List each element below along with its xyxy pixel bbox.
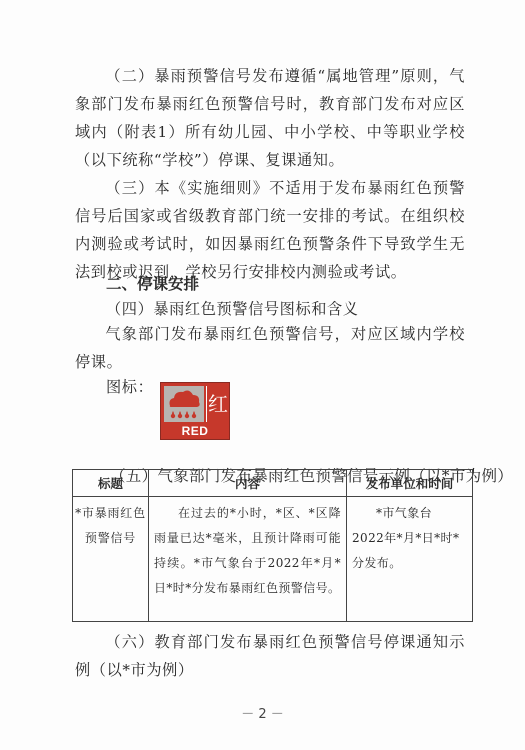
paragraph-6: （六）教育部门发布暴雨红色预警信号停课通知示例（以*市为例） — [75, 628, 465, 684]
cloud-rain-icon — [164, 386, 204, 422]
subsection-4-body: 气象部门发布暴雨红色预警信号，对应区域内学校停课。 — [75, 320, 465, 376]
paragraph-3: （三）本《实施细则》不适用于发布暴雨红色预警信号后国家或省级教育部门统一安排的考… — [75, 174, 465, 286]
header-title: 标题 — [73, 470, 149, 497]
icon-label: 图标： — [106, 376, 153, 397]
document-page: （二）暴雨预警信号发布遵循“属地管理”原则，气象部门发布暴雨红色预警信号时，教育… — [0, 0, 525, 750]
red-character: 红 — [206, 386, 229, 422]
section-heading: 二、停课安排 — [106, 272, 199, 294]
red-label: RED — [161, 424, 229, 438]
cell-title: *市暴雨红色预警信号 — [73, 497, 149, 622]
warning-example-table: 标题 内容 发布单位和时间 *市暴雨红色预警信号 在过去的*小时，*区、*区降雨… — [72, 469, 473, 622]
rainstorm-red-warning-icon: 红 RED — [160, 382, 230, 440]
header-issuer: 发布单位和时间 — [347, 470, 473, 497]
cell-content: 在过去的*小时，*区、*区降雨量已达*毫米，且预计降雨可能持续。*市气象台于20… — [149, 497, 347, 622]
subsection-4-title: （四）暴雨红色预警信号图标和含义 — [106, 298, 359, 319]
page-number: － 2 － — [0, 703, 525, 722]
cell-issuer: *市气象台 2022年*月*日*时*分发布。 — [347, 497, 473, 622]
table-header-row: 标题 内容 发布单位和时间 — [73, 470, 473, 497]
table-row: *市暴雨红色预警信号 在过去的*小时，*区、*区降雨量已达*毫米，且预计降雨可能… — [73, 497, 473, 622]
header-content: 内容 — [149, 470, 347, 497]
paragraph-2: （二）暴雨预警信号发布遵循“属地管理”原则，气象部门发布暴雨红色预警信号时，教育… — [75, 62, 465, 174]
